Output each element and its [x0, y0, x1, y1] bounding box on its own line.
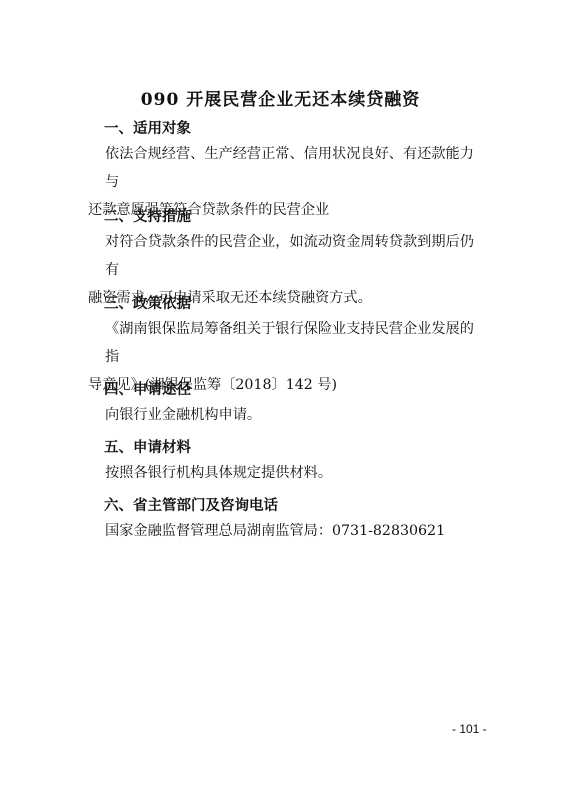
section-heading-materials: 五、申请材料: [104, 436, 191, 457]
section-body-contact: 国家金融监督管理总局湖南监管局：0731-82830621: [105, 517, 505, 545]
section-heading-application-channel: 四、申请途径: [104, 378, 191, 399]
section-heading-policy-basis: 三、政策依据: [104, 292, 191, 313]
body-line: 依法合规经营、生产经营正常、信用状况良好、有还款能力与: [88, 140, 488, 196]
section-body-application-channel: 向银行业金融机构申请。: [105, 401, 505, 429]
body-line: 对符合贷款条件的民营企业，如流动资金周转贷款到期后仍有: [88, 228, 488, 284]
section-heading-applicable: 一、适用对象: [104, 117, 191, 138]
page-number: - 101 -: [452, 722, 487, 736]
document-title: 090 开展民营企业无还本续贷融资: [0, 85, 561, 110]
body-line: 《湖南银保监局筹备组关于银行保险业支持民营企业发展的指: [88, 315, 488, 371]
section-heading-contact: 六、省主管部门及咨询电话: [104, 494, 278, 515]
section-heading-measures: 二、支持措施: [104, 205, 191, 226]
section-body-materials: 按照各银行机构具体规定提供材料。: [105, 459, 505, 487]
